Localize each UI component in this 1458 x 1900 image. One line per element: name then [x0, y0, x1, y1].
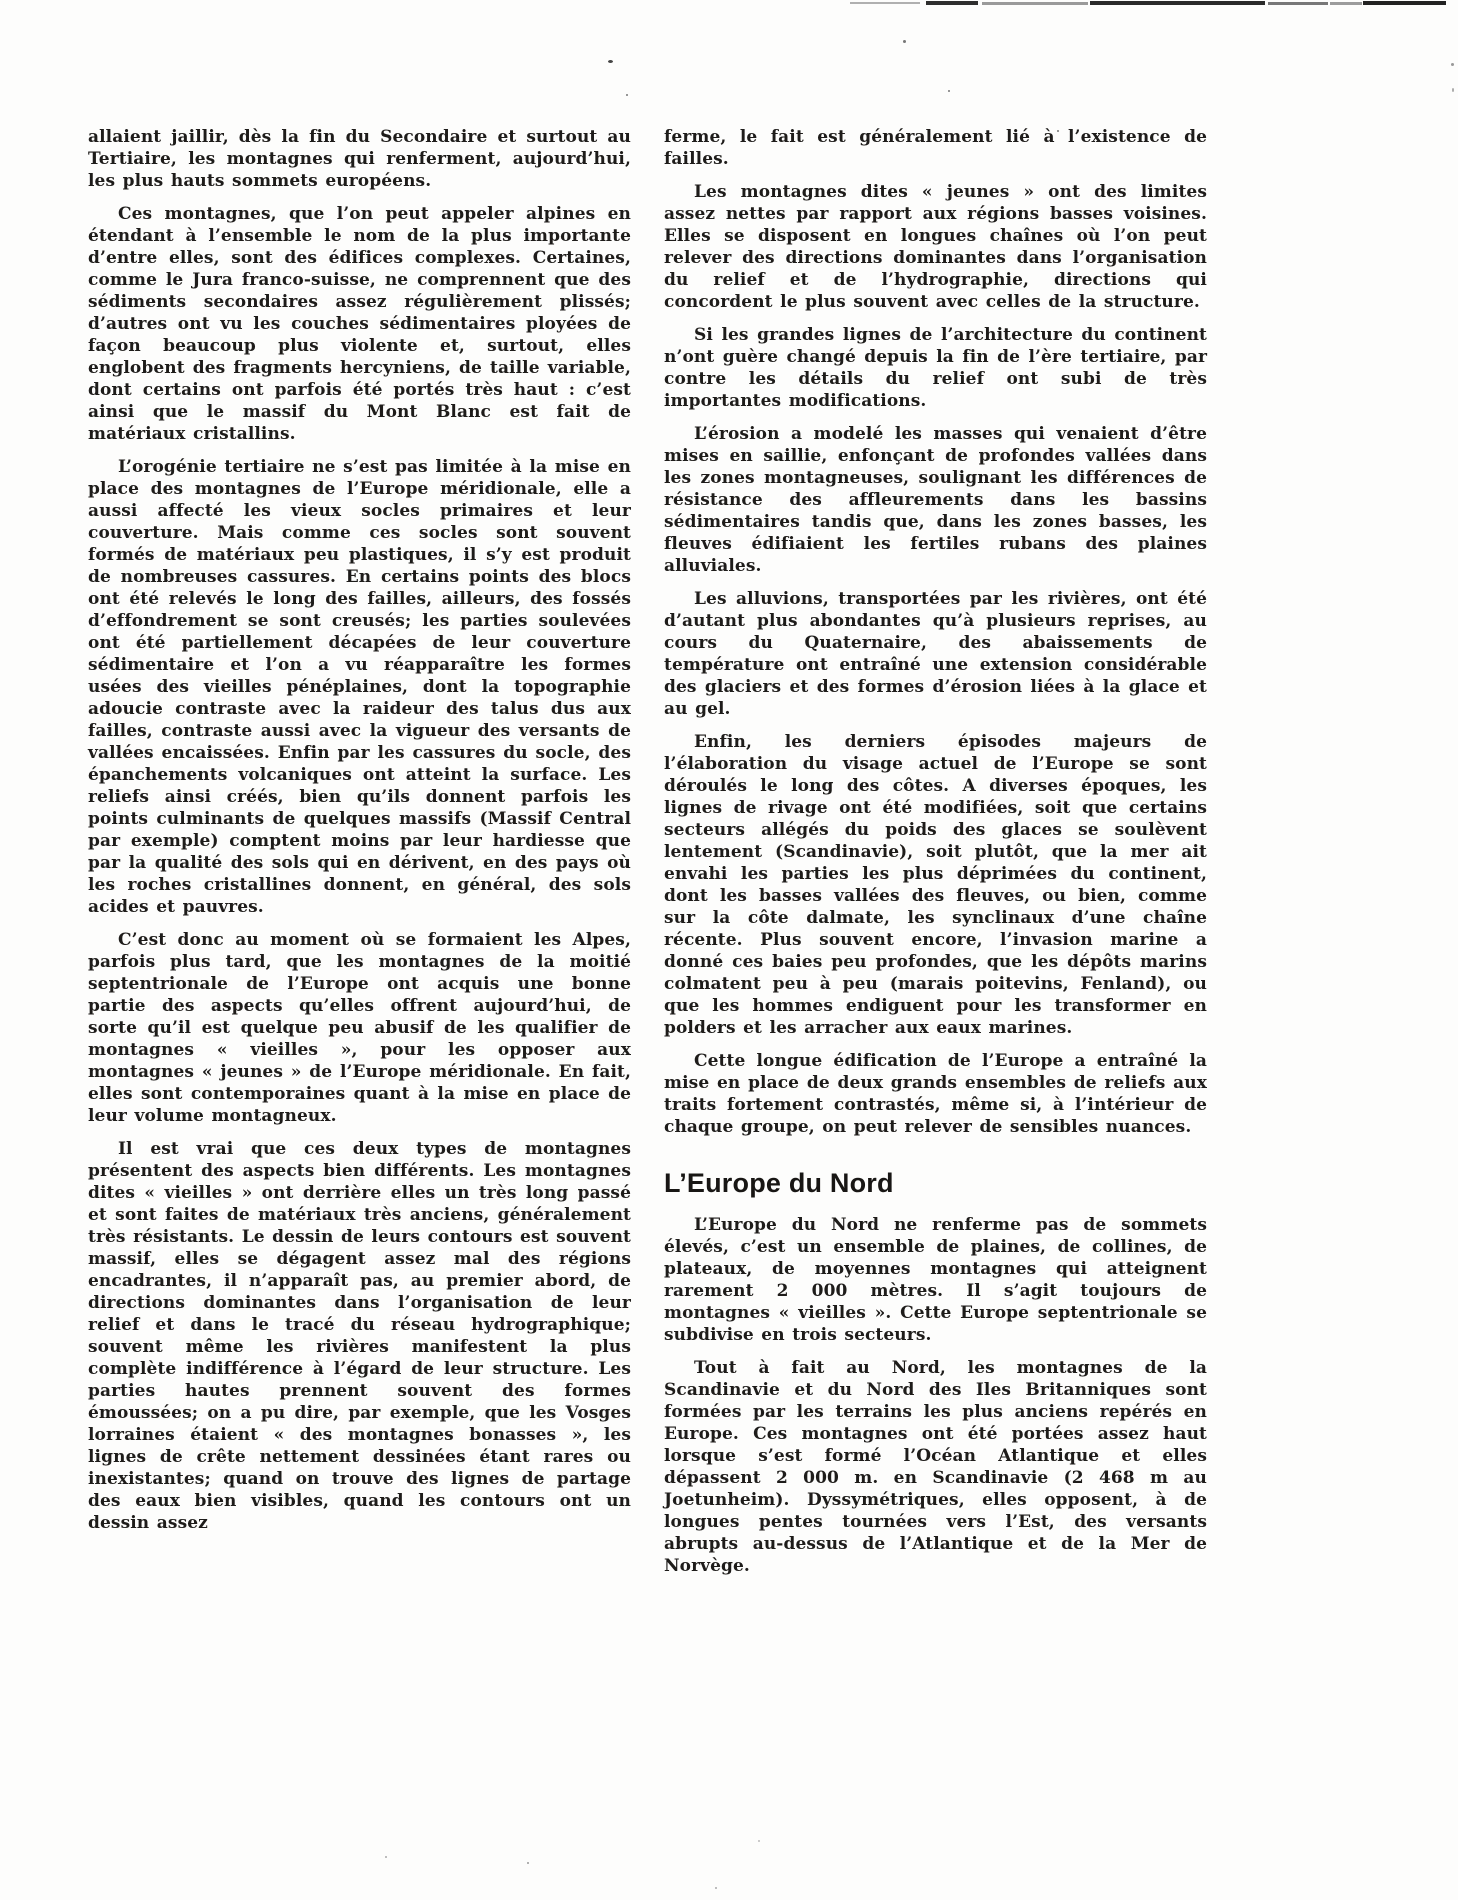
left-column: allaient jaillir, dès la fin du Secondai… [88, 126, 631, 1588]
paragraph: ferme, le fait est généralement lié à l’… [664, 126, 1207, 170]
paragraph: Il est vrai que ces deux types de montag… [88, 1138, 631, 1534]
paragraph: Les alluvions, transportées par les rivi… [664, 588, 1207, 720]
paragraph: Si les grandes lignes de l’architecture … [664, 324, 1207, 412]
scan-artifact-top-line [982, 2, 1088, 5]
scan-artifact-top-line [1268, 2, 1328, 5]
scan-speck [715, 1887, 717, 1889]
scan-speck [1451, 63, 1454, 66]
scan-speck [903, 40, 906, 43]
scanned-document-page: allaient jaillir, dès la fin du Secondai… [0, 0, 1458, 1900]
section-heading-europe-du-nord: L’Europe du Nord [664, 1172, 1207, 1194]
scan-speck [948, 90, 950, 92]
paragraph: L’orogénie tertiaire ne s’est pas limité… [88, 456, 631, 918]
scan-speck [1452, 88, 1454, 92]
scan-speck [758, 1840, 760, 1842]
scan-artifact-top-line [1363, 1, 1446, 5]
scan-artifact-top-line [926, 1, 978, 5]
paragraph: L’érosion a modelé les masses qui venaie… [664, 423, 1207, 577]
paragraph: Enfin, les derniers épisodes majeurs de … [664, 731, 1207, 1039]
paragraph: Cette longue édification de l’Europe a e… [664, 1050, 1207, 1138]
scan-artifact-top-line [1330, 2, 1362, 5]
right-column: ferme, le fait est généralement lié à l’… [664, 126, 1207, 1588]
paragraph: allaient jaillir, dès la fin du Secondai… [88, 126, 631, 192]
scan-speck [608, 60, 613, 63]
text-columns: allaient jaillir, dès la fin du Secondai… [88, 126, 1207, 1588]
scan-speck [527, 1862, 529, 1864]
paragraph: Tout à fait au Nord, les montagnes de la… [664, 1357, 1207, 1577]
paragraph: Les montagnes dites « jeunes » ont des l… [664, 181, 1207, 313]
paragraph: Ces montagnes, que l’on peut appeler alp… [88, 203, 631, 445]
scan-speck [626, 94, 628, 96]
paragraph: C’est donc au moment où se formaient les… [88, 929, 631, 1127]
scan-artifact-top-line [1090, 1, 1265, 5]
scan-speck [385, 1856, 387, 1858]
scan-artifact-top-line [850, 2, 920, 4]
paragraph: L’Europe du Nord ne renferme pas de somm… [664, 1214, 1207, 1346]
